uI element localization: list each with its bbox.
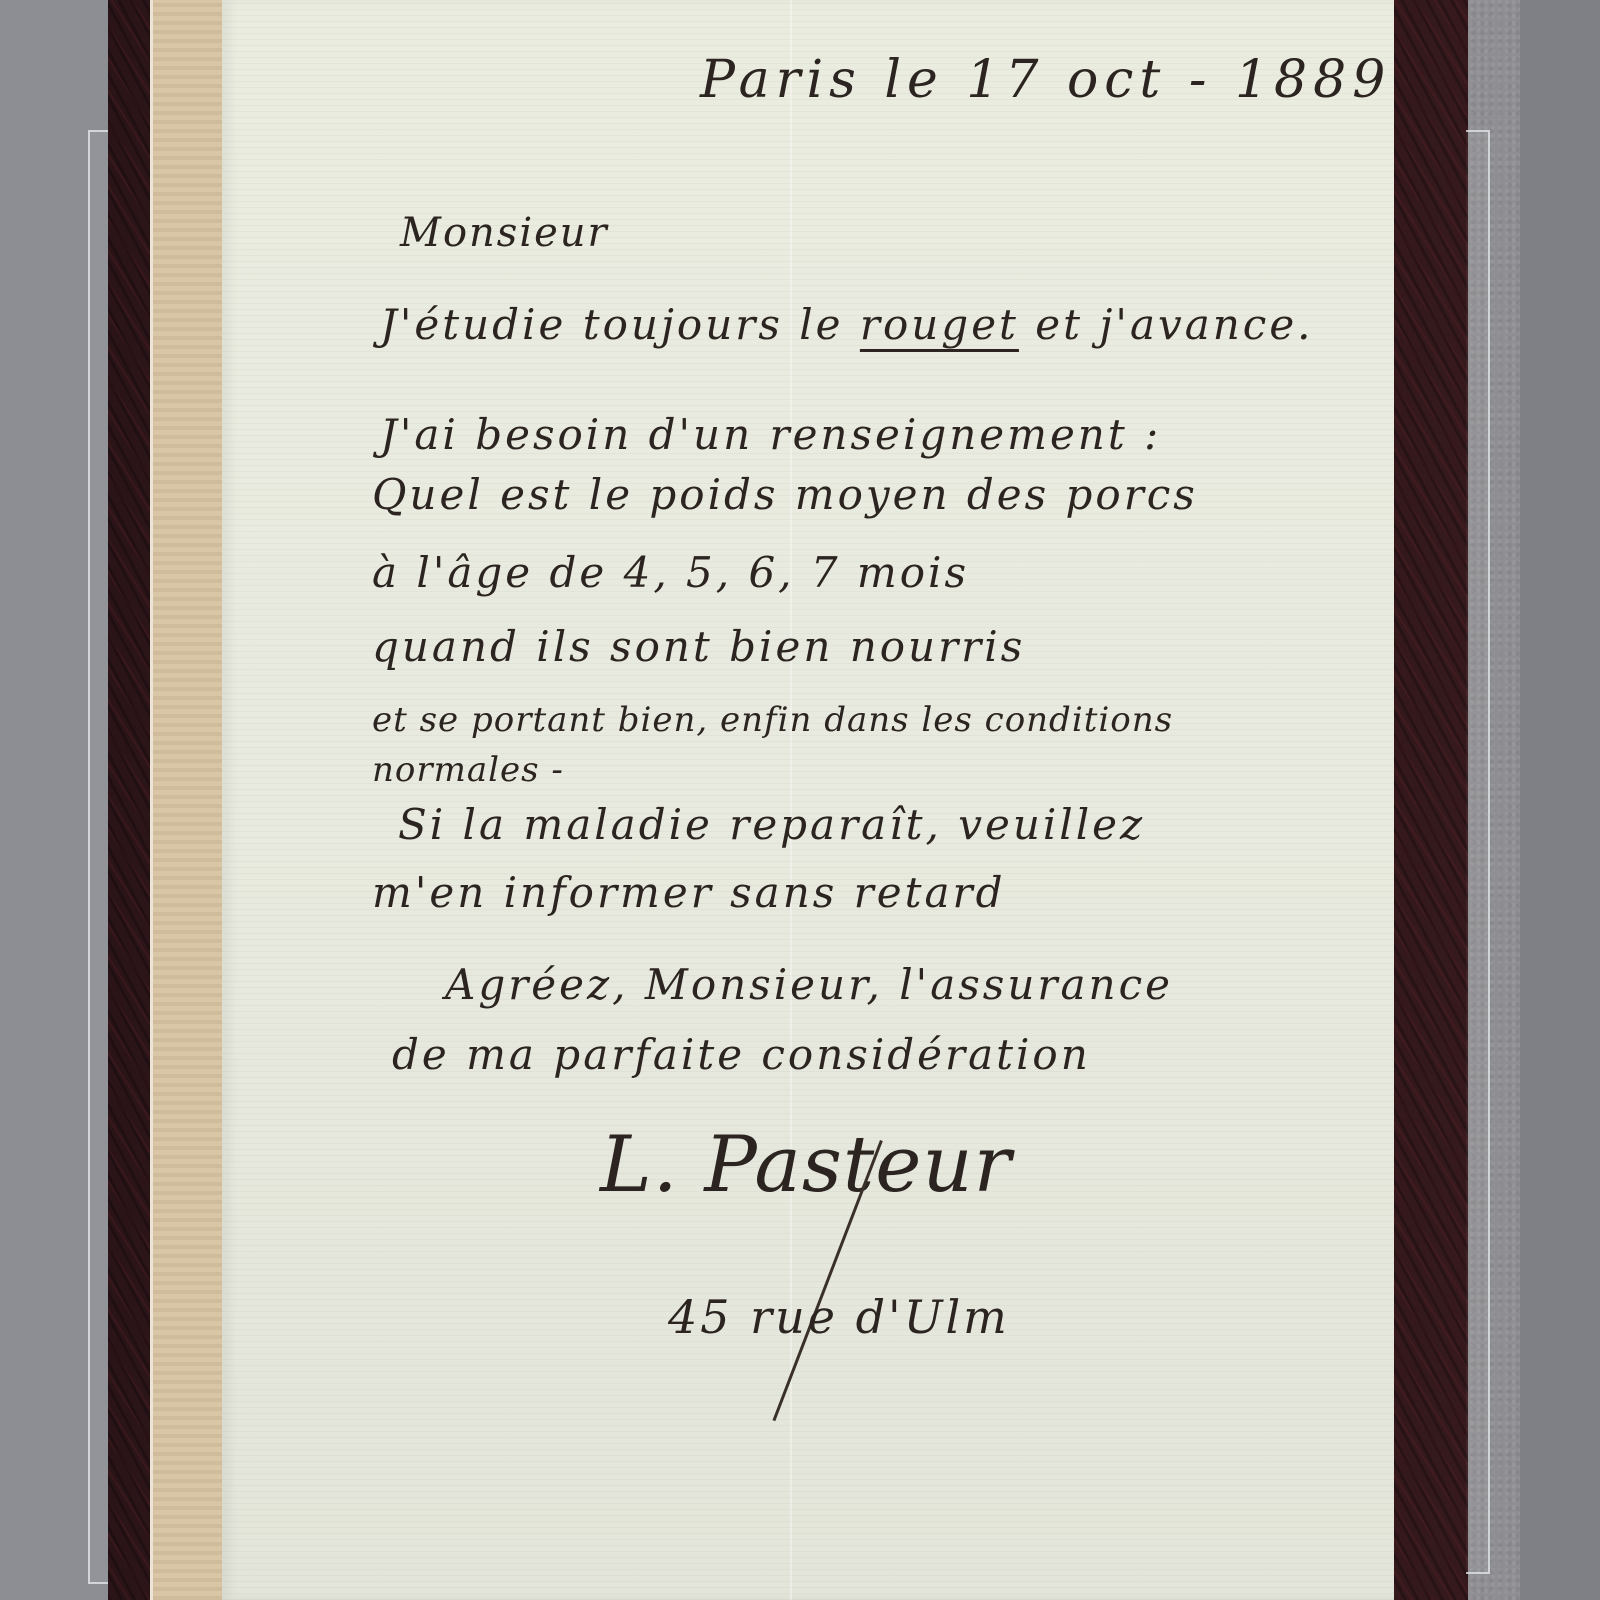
letter-line: et se portant bien, enfin dans les condi… (372, 700, 1173, 740)
letter-line: J'étudie toujours le rouget et j'avance. (380, 300, 1314, 349)
acrylic-stand-edge-left (88, 130, 108, 1584)
underlined-word: rouget (860, 300, 1019, 349)
letter-dateline: Paris le 17 oct - 1889 (700, 50, 1391, 110)
letter-line: J'ai besoin d'un renseignement : (380, 410, 1161, 459)
acrylic-stand-edge-right (1466, 130, 1490, 1574)
wall-background-right (1520, 0, 1600, 1600)
letter-line: normales - (372, 750, 564, 790)
letter-line: Quel est le poids moyen des porcs (372, 470, 1198, 519)
letter-line: à l'âge de 4, 5, 6, 7 mois (372, 548, 969, 597)
letter-line: m'en informer sans retard (372, 868, 1006, 917)
signature: L. Pasteur (600, 1120, 1012, 1210)
letter-line: quand ils sont bien nourris (372, 622, 1025, 671)
mount-paper-strip (150, 0, 228, 1600)
letter-closing-line: Agréez, Monsieur, l'assurance (445, 960, 1173, 1009)
letter-salutation: Monsieur (400, 210, 609, 256)
letter-line: Si la maladie reparaît, veuillez (398, 800, 1145, 849)
sender-address: 45 rue d'Ulm (668, 1290, 1010, 1344)
letter-closing-line: de ma parfaite considération (392, 1030, 1091, 1079)
